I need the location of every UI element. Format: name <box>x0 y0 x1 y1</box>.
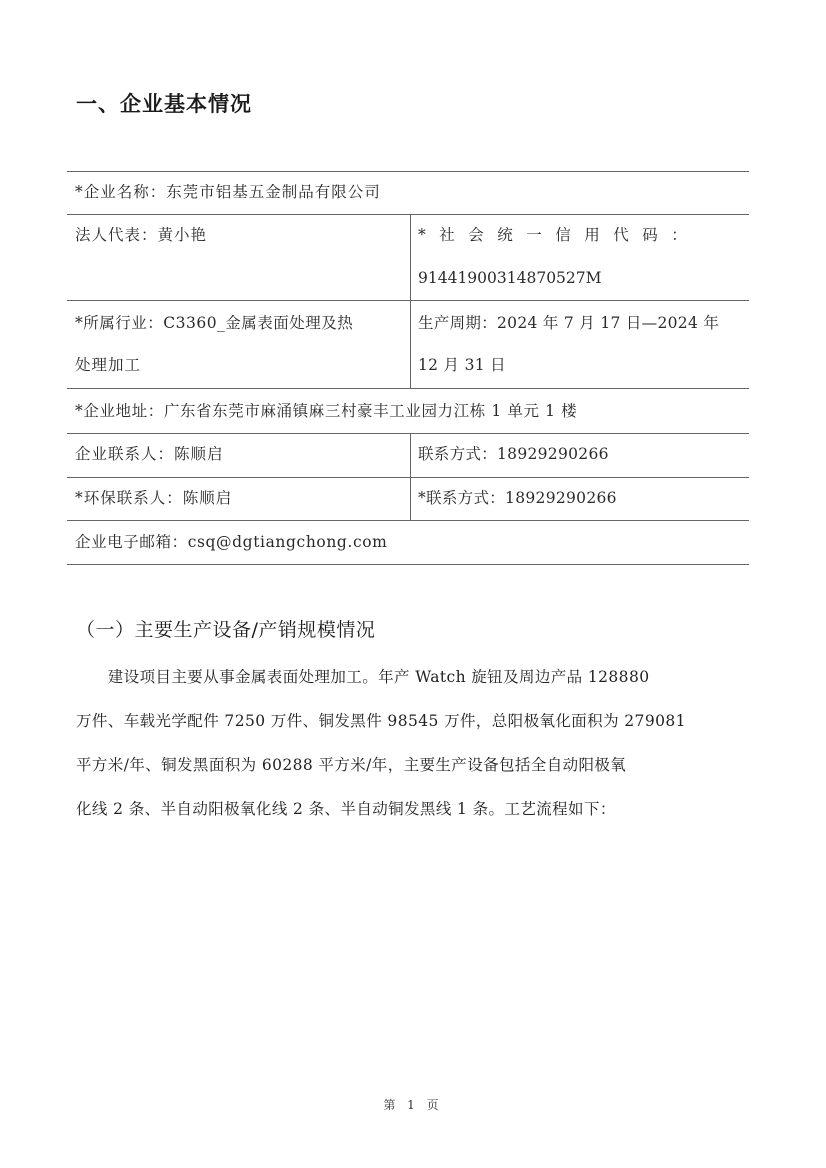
company-address: *企业地址：广东省东莞市麻涌镇麻三村豪丰工业园力江栋 1 单元 1 楼 <box>75 390 577 433</box>
company-name: *企业名称：东莞市铝基五金制品有限公司 <box>75 171 381 214</box>
industry-line2: 处理加工 <box>75 344 141 386</box>
table-rule <box>67 300 749 301</box>
paragraph-line: 平方米/年、铜发黑面积为 60288 平方米/年，主要生产设备包括全自动阳极氧 <box>76 743 746 787</box>
contact-person: 企业联系人：陈顺启 <box>75 433 224 476</box>
paragraph-line: 化线 2 条、半自动阳极氧化线 2 条、半自动铜发黑线 1 条。工艺流程如下： <box>76 787 746 831</box>
env-contact-person: *环保联系人：陈顺启 <box>75 477 232 520</box>
production-period-line1: 生产周期：2024 年 7 月 17 日—2024 年 <box>418 302 719 344</box>
production-description: 建设项目主要从事金属表面处理加工。年产 Watch 旋钮及周边产品 128880… <box>76 655 746 831</box>
paragraph-line: 万件、车载光学配件 7250 万件、铜发黑件 98545 万件，总阳极氧化面积为… <box>76 699 746 743</box>
company-email: 企业电子邮箱：csq@dgtiangchong.com <box>75 521 387 564</box>
credit-code-value: 91441900314870527M <box>418 257 602 300</box>
section-title: 一、企业基本情况 <box>76 88 252 118</box>
contact-phone: 联系方式：18929290266 <box>418 433 609 476</box>
production-period-line2: 12 月 31 日 <box>418 344 506 386</box>
table-rule <box>67 388 749 389</box>
table-divider <box>410 433 411 520</box>
page-number: 第 1 页 <box>0 1096 826 1113</box>
table-rule <box>67 564 749 565</box>
industry-line1: *所属行业：C3360_金属表面处理及热 <box>75 302 353 344</box>
table-divider <box>410 214 411 388</box>
paragraph-line: 建设项目主要从事金属表面处理加工。年产 Watch 旋钮及周边产品 128880 <box>76 655 746 699</box>
env-contact-phone: *联系方式：18929290266 <box>418 477 617 520</box>
subsection-title: （一）主要生产设备/产销规模情况 <box>76 615 375 642</box>
legal-representative: 法人代表：黄小艳 <box>75 214 207 257</box>
credit-code-label: *社会统一信用代码： <box>418 214 700 257</box>
